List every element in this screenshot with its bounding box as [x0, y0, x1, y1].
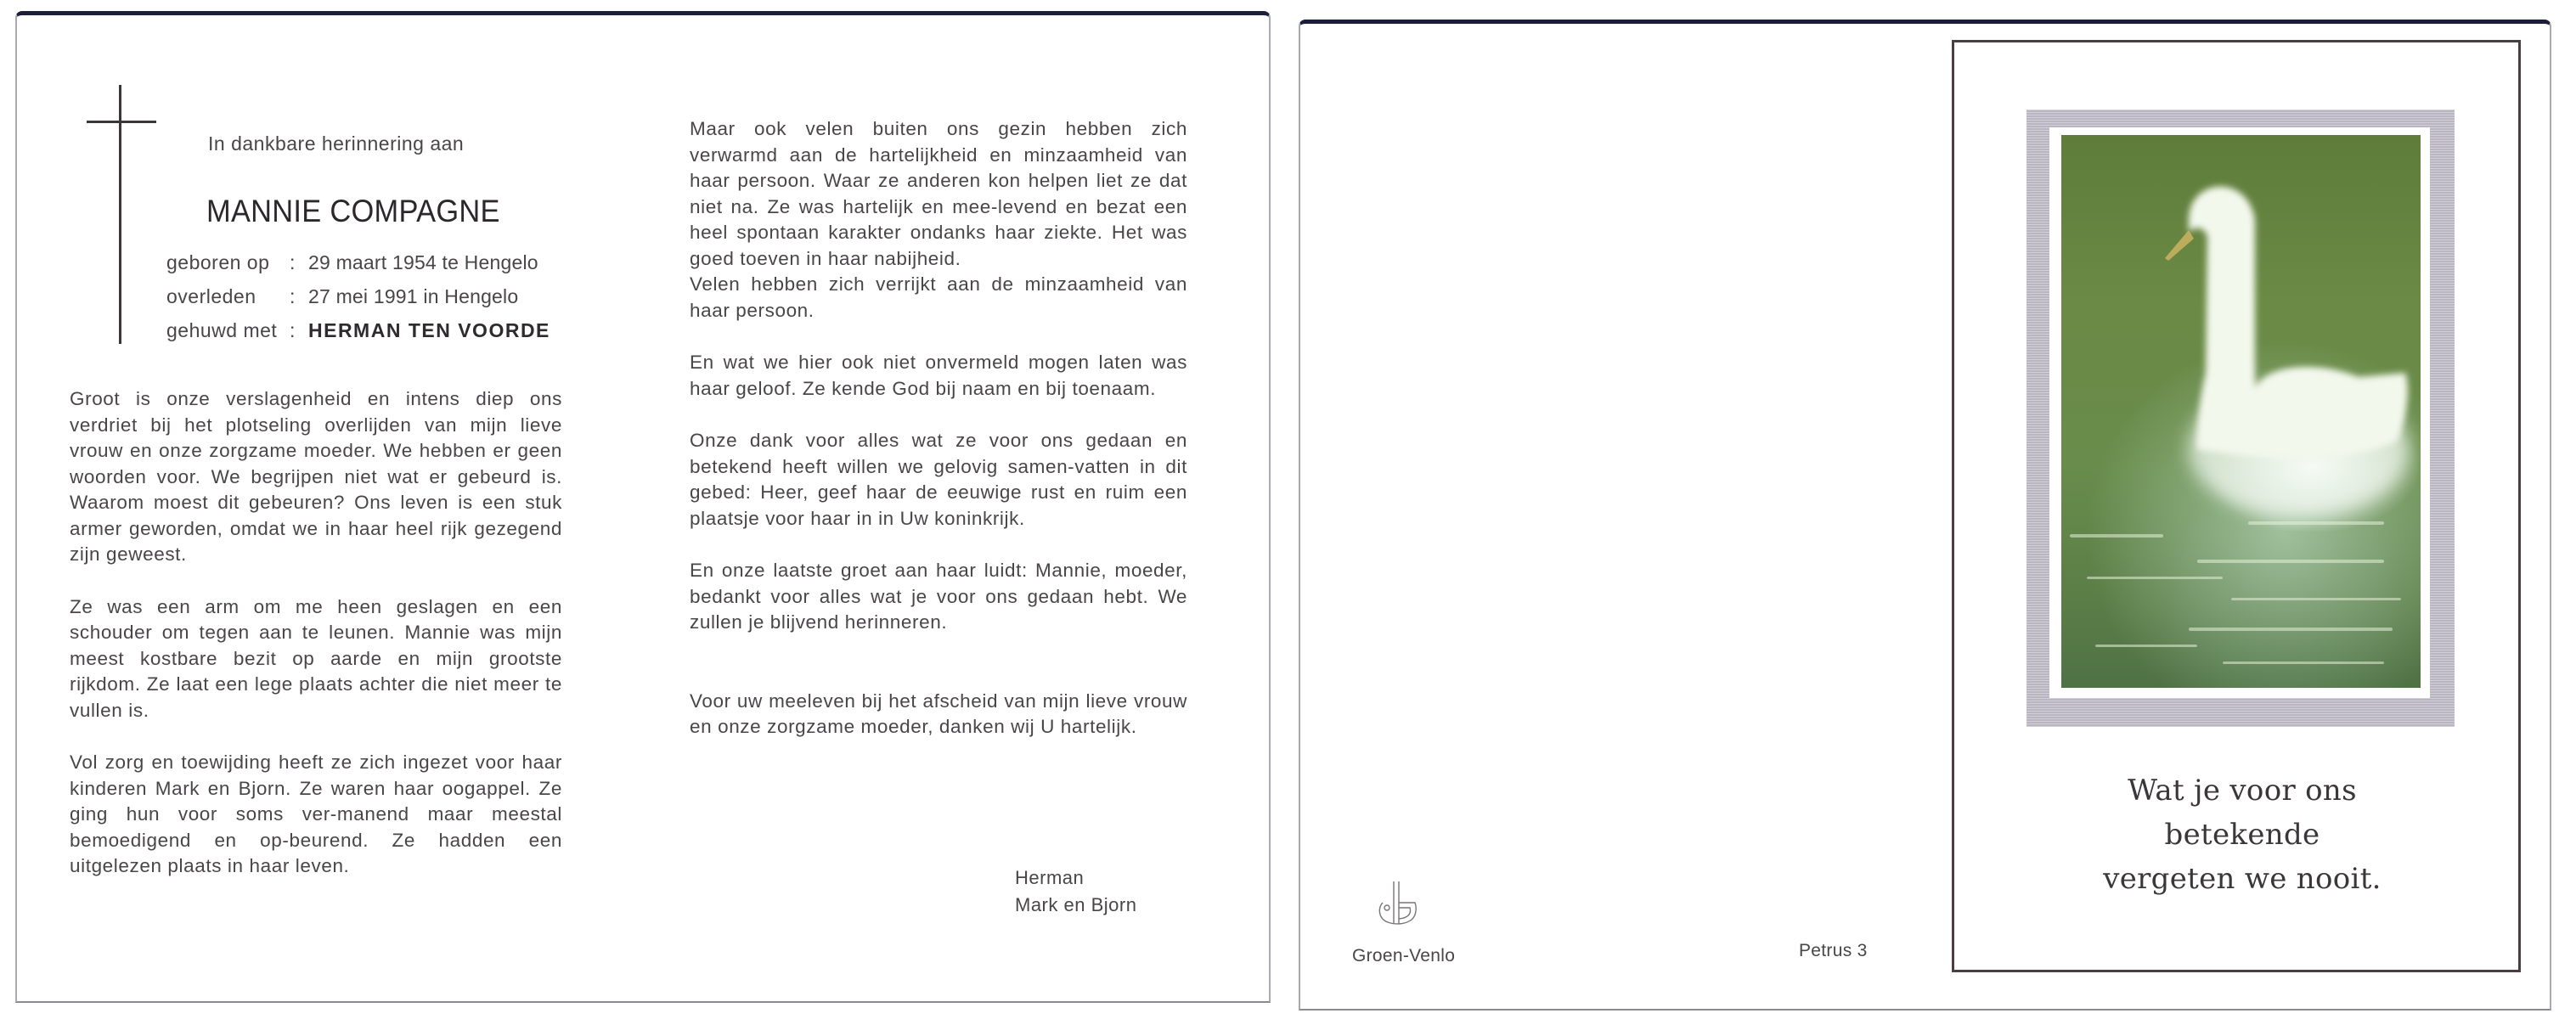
detail-colon: : — [290, 319, 308, 353]
life-details: geboren op : 29 maart 1954 te Hengelo ov… — [166, 251, 550, 353]
detail-label: gehuwd met — [166, 319, 290, 353]
verse-line: Wat je voor ons — [2038, 768, 2446, 813]
paragraph: En onze laatste groet aan haar luidt: Ma… — [690, 558, 1187, 636]
text-column-left: Groot is onze verslagenheid en intens di… — [70, 386, 562, 906]
detail-value: 29 maart 1954 te Hengelo — [308, 251, 538, 285]
spouse-name: HERMAN TEN VOORDE — [308, 319, 550, 353]
paragraph: Maar ook velen buiten ons gezin hebben z… — [690, 116, 1187, 272]
swan-icon — [2061, 135, 2421, 688]
gv-monogram-icon — [1376, 880, 1418, 927]
publisher-name: Groen-Venlo — [1352, 946, 1455, 966]
cross-icon-bar — [87, 121, 156, 123]
detail-value: 27 mei 1991 in Hengelo — [308, 285, 518, 319]
signature-line: Mark en Bjorn — [1015, 892, 1136, 919]
paragraph: Groot is onze verslagenheid en intens di… — [70, 386, 562, 568]
signature: Herman Mark en Bjorn — [1015, 864, 1136, 919]
memorial-verse: Wat je voor ons betekende vergeten we no… — [2038, 768, 2446, 901]
detail-label: geboren op — [166, 251, 290, 285]
text-column-right: Maar ook velen buiten ons gezin hebben z… — [690, 116, 1187, 767]
cross-icon — [119, 85, 121, 344]
detail-row-married: gehuwd met : HERMAN TEN VOORDE — [166, 319, 550, 353]
swan-photo — [2061, 135, 2421, 688]
paragraph: Velen hebben zich verrijkt aan de minzaa… — [690, 272, 1187, 324]
detail-colon: : — [290, 251, 308, 285]
signature-line: Herman — [1015, 864, 1136, 892]
verse-line: betekende — [2038, 813, 2446, 857]
paragraph: En wat we hier ook niet onvermeld mogen … — [690, 350, 1187, 402]
paragraph: Onze dank voor alles wat ze voor ons ged… — [690, 428, 1187, 532]
deceased-name: MANNIE COMPAGNE — [206, 194, 500, 229]
detail-label: overleden — [166, 285, 290, 319]
paragraph: Ze was een arm om me heen geslagen en ee… — [70, 594, 562, 724]
intro-text: In dankbare herinnering aan — [208, 132, 464, 155]
detail-row-born: geboren op : 29 maart 1954 te Hengelo — [166, 251, 550, 285]
paragraph: Vol zorg en toewijding heeft ze zich ing… — [70, 750, 562, 880]
paragraph: Voor uw meeleven bij het afscheid van mi… — [690, 689, 1187, 740]
card-model: Petrus 3 — [1799, 941, 1868, 961]
detail-row-died: overleden : 27 mei 1991 in Hengelo — [166, 285, 550, 319]
verse-line: vergeten we nooit. — [2038, 857, 2446, 901]
detail-colon: : — [290, 285, 308, 319]
